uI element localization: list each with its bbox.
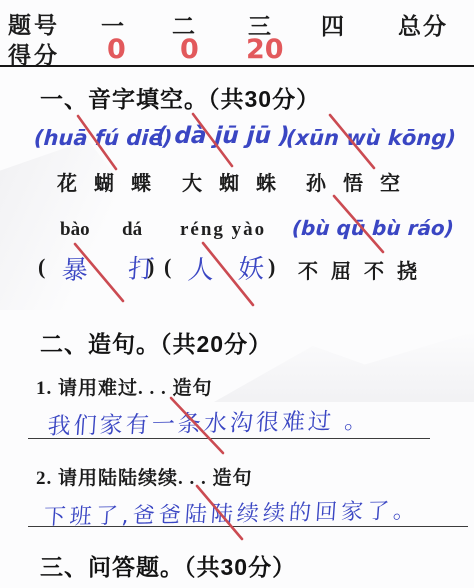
blank1-answer: 暴 打: [61, 248, 172, 287]
exam-paper: 题号 一 二 三 四 总分 得分 0 0 20 一、音字填空。（共30分） (h…: [0, 0, 474, 588]
blank2-answer: 人 妖: [187, 248, 274, 286]
printed-pinyin-2: dá: [122, 219, 142, 241]
pinyin-answer-1: (huā fú diē): [33, 126, 173, 150]
printed-pinyin-1: bào: [60, 219, 90, 241]
score-value-2: 0: [180, 34, 199, 65]
word-2: 大 蜘 蛛: [182, 167, 282, 196]
section2-item2-label: 2. 请用陆陆续续. . . 造句: [36, 463, 253, 490]
score-col-total: 总分: [398, 8, 448, 41]
section2-title: 二、造句。（共20分）: [40, 326, 272, 359]
pinyin-answer-3: (xūn wù kōng): [285, 126, 456, 150]
answer-line-2: [28, 526, 468, 527]
section2-item1-label: 1. 请用难过. . . 造句: [36, 373, 213, 400]
section3-title: 三、问答题。（共30分）: [40, 549, 296, 582]
blank2-close-paren: ): [268, 254, 275, 280]
score-col-4: 四: [321, 8, 344, 41]
section2-item1-answer: 我们家有一条水沟很难过 。: [47, 402, 372, 441]
section1-title: 一、音字填空。（共30分）: [40, 81, 320, 114]
printed-pinyin-3: réng yào: [180, 219, 266, 241]
word-1: 花 蝴 蝶: [57, 167, 157, 196]
blank2-open-paren: (: [164, 254, 171, 280]
pinyin-answer-4: (bù qū bù ráo): [291, 216, 454, 240]
score-table-divider: [0, 65, 474, 67]
blank1-open-paren: (: [38, 254, 45, 280]
score-table-row1-label: 题号: [8, 7, 60, 40]
word-4: 不 屈 不 挠: [298, 255, 421, 284]
blank1-close-paren: ): [147, 254, 154, 280]
word-3: 孙 悟 空: [306, 167, 406, 196]
pinyin-answer-2: ( dà jū jū ): [155, 123, 290, 149]
score-value-3: 20: [246, 34, 284, 65]
score-value-1: 0: [107, 34, 126, 65]
answer-line-1: [28, 438, 430, 439]
